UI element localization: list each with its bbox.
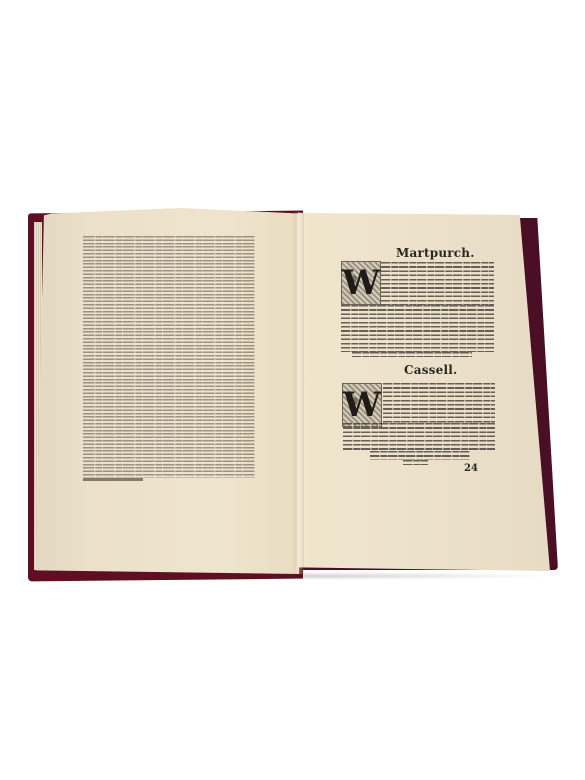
section-1-text-beside-initial	[381, 262, 494, 305]
decorated-initial-2: W	[342, 383, 382, 427]
section-2-text-body	[343, 423, 495, 451]
section-2-text-taper	[370, 451, 470, 460]
left-page-text-block	[83, 236, 255, 478]
section-heading-cassell: Cassell.	[404, 363, 457, 377]
book-photo: Martpurch. W Cassell. W 24	[0, 0, 585, 780]
book-gutter	[294, 212, 304, 574]
section-1-text-body	[341, 305, 494, 352]
decorated-initial-1: W	[341, 261, 381, 305]
left-page-text-last-line	[83, 478, 143, 481]
section-2-text-end	[403, 460, 428, 465]
page-number: 24	[464, 463, 478, 474]
section-heading-martpurch: Martpurch.	[396, 246, 475, 260]
section-2-text-beside-initial	[383, 383, 495, 423]
section-1-text-last-line	[352, 352, 472, 357]
